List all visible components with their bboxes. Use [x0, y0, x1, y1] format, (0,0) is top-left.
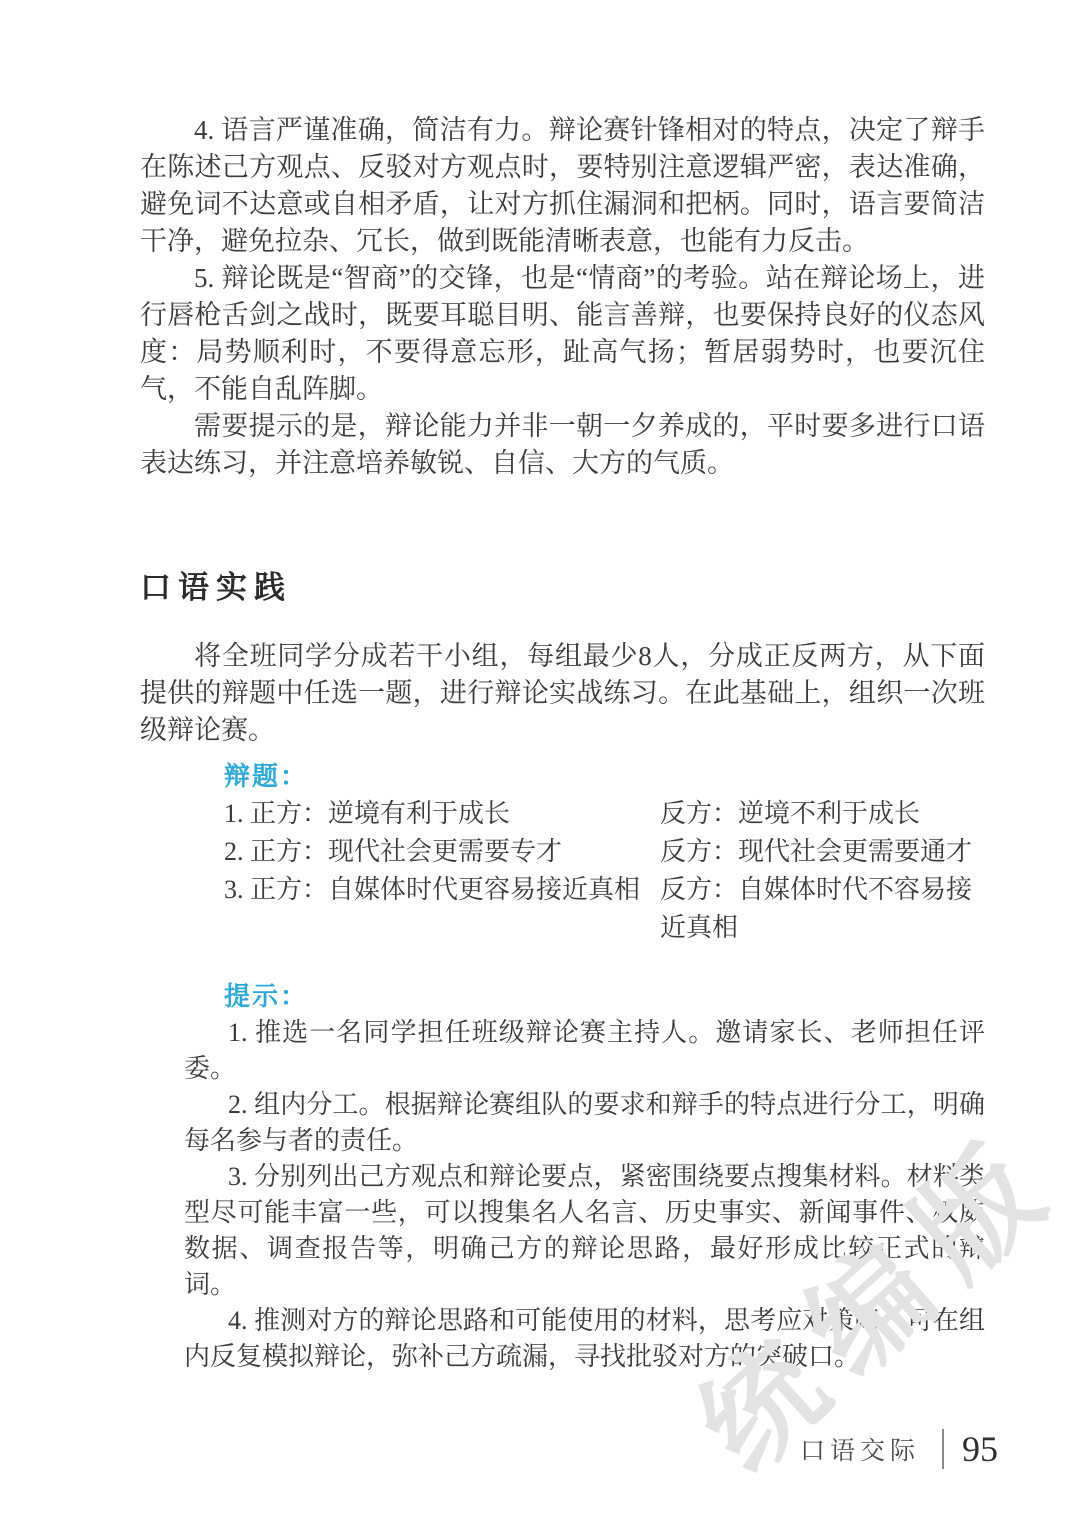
- hints-list: 1. 推选一名同学担任班级辩论赛主持人。邀请家长、老师担任评委。 2. 组内分工…: [140, 1015, 985, 1375]
- body-paragraphs: 4. 语言严谨准确，简洁有力。辩论赛针锋相对的特点，决定了辩手在陈述己方观点、反…: [140, 112, 985, 482]
- textbook-page: 4. 语言严谨准确，简洁有力。辩论赛针锋相对的特点，决定了辩手在陈述己方观点、反…: [0, 0, 1080, 1526]
- paragraph-point-4: 4. 语言严谨准确，简洁有力。辩论赛针锋相对的特点，决定了辩手在陈述己方观点、反…: [140, 112, 985, 260]
- hint-item: 1. 推选一名同学担任班级辩论赛主持人。邀请家长、老师担任评委。: [140, 1015, 985, 1087]
- page-content: 4. 语言严谨准确，简洁有力。辩论赛针锋相对的特点，决定了辩手在陈述己方观点、反…: [140, 0, 985, 1375]
- hint-item: 3. 分别列出己方观点和辩论要点，紧密围绕要点搜集材料。材料类型尽可能丰富一些，…: [140, 1159, 985, 1303]
- section-heading-oral-practice: 口语实践: [140, 566, 985, 610]
- debate-topics-list: 1. 正方：逆境有利于成长 反方：逆境不利于成长 2. 正方：现代社会更需要专才…: [140, 795, 985, 947]
- topic-pro-side: 2. 正方：现代社会更需要专才: [224, 833, 660, 871]
- debate-topic-row: 3. 正方：自媒体时代更容易接近真相 反方：自媒体时代不容易接近真相: [224, 871, 985, 947]
- hints-label: 提示：: [224, 977, 985, 1015]
- debate-topics-label: 辩题：: [224, 757, 985, 795]
- paragraph-note: 需要提示的是，辩论能力并非一朝一夕养成的，平时要多进行口语表达练习，并注意培养敏…: [140, 408, 985, 482]
- debate-topic-row: 1. 正方：逆境有利于成长 反方：逆境不利于成长: [224, 795, 985, 833]
- topic-con-side: 反方：自媒体时代不容易接近真相: [660, 871, 985, 947]
- practice-intro: 将全班同学分成若干小组，每组最少8人，分成正反两方，从下面提供的辩题中任选一题，…: [140, 638, 985, 749]
- page-footer: 口语交际 95: [800, 1428, 998, 1470]
- hint-item: 4. 推测对方的辩论思路和可能使用的材料，思考应对策略。可在组内反复模拟辩论，弥…: [140, 1303, 985, 1375]
- debate-topic-row: 2. 正方：现代社会更需要专才 反方：现代社会更需要通才: [224, 833, 985, 871]
- footer-page-number: 95: [962, 1428, 998, 1470]
- topic-con-side: 反方：现代社会更需要通才: [660, 833, 985, 871]
- topic-con-side: 反方：逆境不利于成长: [660, 795, 985, 833]
- topic-pro-side: 3. 正方：自媒体时代更容易接近真相: [224, 871, 660, 947]
- hint-item: 2. 组内分工。根据辩论赛组队的要求和辩手的特点进行分工，明确每名参与者的责任。: [140, 1087, 985, 1159]
- footer-divider: [942, 1429, 944, 1469]
- topic-pro-side: 1. 正方：逆境有利于成长: [224, 795, 660, 833]
- paragraph-point-5: 5. 辩论既是“智商”的交锋，也是“情商”的考验。站在辩论场上，进行唇枪舌剑之战…: [140, 260, 985, 408]
- footer-section-label: 口语交际: [800, 1431, 920, 1467]
